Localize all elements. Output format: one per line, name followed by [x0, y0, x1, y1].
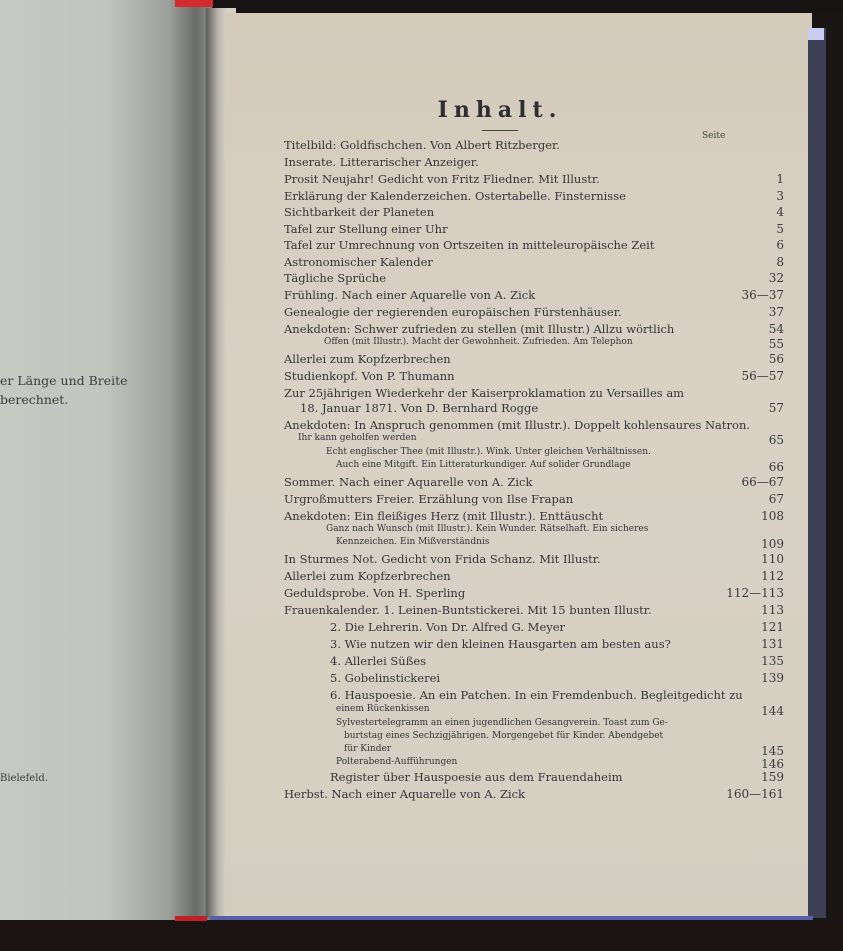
toc-entry-title: Prosit Neujahr! Gedicht von Fritz Fliedn…	[284, 172, 600, 186]
toc-entry-title: Ihr kann geholfen werden	[298, 433, 417, 443]
toc-entry-page: 1	[704, 172, 784, 186]
toc-entry: Tafel zur Stellung einer Uhr5	[284, 222, 724, 238]
toc-entry-title: Kennzeichen. Ein Mißverständnis	[336, 537, 489, 547]
toc-entry-page: 160—161	[704, 787, 784, 801]
page-bottom-edge	[210, 916, 813, 920]
toc-entry-title: Inserate. Litterarischer Anzeiger.	[284, 155, 479, 169]
toc-entry: 2. Die Lehrerin. Von Dr. Alfred G. Meyer…	[284, 620, 724, 636]
toc-entry-page: 8	[704, 255, 784, 269]
toc-entry-title: Frauenkalender. 1. Leinen-Buntstickerei.…	[284, 603, 652, 617]
toc-entry-title: Echt englischer Thee (mit Illustr.). Win…	[326, 447, 651, 457]
toc-entry-page: 67	[704, 492, 784, 506]
toc-entry-page: 37	[704, 305, 784, 319]
toc-entry: Register über Hauspoesie aus dem Frauend…	[284, 770, 724, 786]
toc-entry: Urgroßmutters Freier. Erzählung von Ilse…	[284, 492, 724, 508]
toc-entry-page: 56—57	[704, 369, 784, 383]
toc-entry-title: Zur 25jährigen Wiederkehr der Kaiserprok…	[284, 386, 684, 400]
page-underside	[808, 28, 826, 918]
toc-entry: Tafel zur Umrechnung von Ortszeiten in m…	[284, 238, 724, 254]
page-title: Inhalt.	[430, 97, 570, 123]
toc-entry-title: burtstag eines Sechzigjährigen. Morgenge…	[344, 731, 663, 741]
toc-entry-title: Sylvestertelegramm an einen jugendlichen…	[336, 718, 668, 728]
toc-entry-page: 144	[704, 704, 784, 718]
toc-entry: Tägliche Sprüche32	[284, 271, 724, 287]
toc-entry: Astronomischer Kalender8	[284, 255, 724, 271]
toc-entry: In Sturmes Not. Gedicht von Frida Schanz…	[284, 552, 724, 568]
toc-entry-title: Allerlei zum Kopfzerbrechen	[284, 352, 451, 366]
toc-entry-title: 3. Wie nutzen wir den kleinen Hausgarten…	[330, 637, 671, 651]
toc-entry-page: 54	[704, 322, 784, 336]
toc-entry-title: Geduldsprobe. Von H. Sperling	[284, 586, 465, 600]
toc-entry: Herbst. Nach einer Aquarelle von A. Zick…	[284, 787, 724, 803]
toc-entry-title: Register über Hauspoesie aus dem Frauend…	[330, 770, 623, 784]
toc-entry-title: Anekdoten: In Anspruch genommen (mit Ill…	[284, 418, 750, 432]
toc-entry: Prosit Neujahr! Gedicht von Fritz Fliedn…	[284, 172, 724, 188]
toc-entry-title: Tägliche Sprüche	[284, 271, 386, 285]
toc-entry-title: 6. Hauspoesie. An ein Patchen. In ein Fr…	[330, 688, 743, 702]
toc-entry: Geduldsprobe. Von H. Sperling112—113	[284, 586, 724, 602]
toc-entry-title: Titelbild: Goldfischchen. Von Albert Rit…	[284, 138, 560, 152]
red-page-edge-top	[175, 0, 213, 7]
toc-entry-page: 109	[704, 537, 784, 551]
toc-entry-page: 65	[704, 433, 784, 447]
toc-entry-title: Astronomischer Kalender	[284, 255, 433, 269]
toc-entry-title: In Sturmes Not. Gedicht von Frida Schanz…	[284, 552, 601, 566]
toc-entry: 3. Wie nutzen wir den kleinen Hausgarten…	[284, 637, 724, 653]
toc-entry-page: 110	[704, 552, 784, 566]
toc-entry-title: Tafel zur Umrechnung von Ortszeiten in m…	[284, 238, 654, 252]
toc-entry-title: Frühling. Nach einer Aquarelle von A. Zi…	[284, 288, 535, 302]
toc-entry-title: Allerlei zum Kopfzerbrechen	[284, 569, 451, 583]
toc-entry: Zur 25jährigen Wiederkehr der Kaiserprok…	[284, 386, 724, 402]
toc-entry: Allerlei zum Kopfzerbrechen112	[284, 569, 724, 585]
toc-entry-title: Anekdoten: Ein fleißiges Herz (mit Illus…	[284, 509, 603, 523]
toc-entry: 5. Gobelinstickerei139	[284, 671, 724, 687]
toc-entry: Frühling. Nach einer Aquarelle von A. Zi…	[284, 288, 724, 304]
toc-entry: 6. Hauspoesie. An ein Patchen. In ein Fr…	[284, 688, 724, 704]
toc-entry-title: 2. Die Lehrerin. Von Dr. Alfred G. Meyer	[330, 620, 565, 634]
toc-entry-title: Auch eine Mitgift. Ein Litteraturkundige…	[336, 460, 631, 470]
toc-entry: 18. Januar 1871. Von D. Bernhard Rogge57	[284, 401, 724, 417]
toc-entry-page: 121	[704, 620, 784, 634]
left-page-line: er Länge und Breite	[0, 373, 128, 388]
toc-entry-title: Urgroßmutters Freier. Erzählung von Ilse…	[284, 492, 573, 506]
toc-entry-title: einem Rückenkissen	[336, 704, 430, 714]
toc-entry: Offen (mit Illustr.). Macht der Gewohnhe…	[284, 337, 724, 353]
toc-entry-title: 4. Allerlei Süßes	[330, 654, 426, 668]
toc-entry-page: 113	[704, 603, 784, 617]
toc-entry-page: 159	[704, 770, 784, 784]
toc-entry-page: 6	[704, 238, 784, 252]
left-page-line: berechnet.	[0, 392, 68, 407]
toc-entry-page: 139	[704, 671, 784, 685]
page-corner-highlight	[808, 28, 824, 40]
toc-entry-page: 3	[704, 189, 784, 203]
toc-entry: Inserate. Litterarischer Anzeiger.	[284, 155, 724, 171]
toc-entry-page: 145	[704, 744, 784, 758]
toc-entry: Erklärung der Kalenderzeichen. Ostertabe…	[284, 189, 724, 205]
toc-entry: 4. Allerlei Süßes135	[284, 654, 724, 670]
toc-entry: Genealogie der regierenden europäischen …	[284, 305, 724, 321]
toc-entry-title: Sichtbarkeit der Planeten	[284, 205, 434, 219]
toc-entry-page: 66	[704, 460, 784, 474]
toc-entry: Frauenkalender. 1. Leinen-Buntstickerei.…	[284, 603, 724, 619]
toc-entry-title: Erklärung der Kalenderzeichen. Ostertabe…	[284, 189, 626, 203]
toc-entry-page: 57	[704, 401, 784, 415]
toc-entry-page: 66—67	[704, 475, 784, 489]
toc-entry: Anekdoten: In Anspruch genommen (mit Ill…	[284, 418, 724, 434]
toc-entry: Sichtbarkeit der Planeten4	[284, 205, 724, 221]
left-page-line: Bielefeld.	[0, 773, 48, 784]
toc-entry-page: 36—37	[704, 288, 784, 302]
toc-entry-page: 5	[704, 222, 784, 236]
toc-entry-title: Sommer. Nach einer Aquarelle von A. Zick	[284, 475, 532, 489]
toc-entry-title: Anekdoten: Schwer zufrieden zu stellen (…	[284, 322, 674, 336]
toc-entry: Kennzeichen. Ein Mißverständnis109	[284, 537, 724, 553]
background-bottom	[0, 921, 843, 951]
toc-entry-title: Ganz nach Wunsch (mit Illustr.). Kein Wu…	[326, 524, 648, 534]
toc-entry-title: Studienkopf. Von P. Thumann	[284, 369, 455, 383]
toc-entry-page: 108	[704, 509, 784, 523]
toc-entry: Anekdoten: Schwer zufrieden zu stellen (…	[284, 322, 724, 338]
toc-entry-page: 56	[704, 352, 784, 366]
toc-entry: Anekdoten: Ein fleißiges Herz (mit Illus…	[284, 509, 724, 525]
toc-entry-title: Offen (mit Illustr.). Macht der Gewohnhe…	[324, 337, 633, 347]
toc-entry-page: 112—113	[704, 586, 784, 600]
toc-entry: Sommer. Nach einer Aquarelle von A. Zick…	[284, 475, 724, 491]
toc-entry-title: Genealogie der regierenden europäischen …	[284, 305, 622, 319]
toc-entry-page: 146	[704, 757, 784, 771]
toc-entry-page: 131	[704, 637, 784, 651]
toc-entry-title: Polterabend-Aufführungen	[336, 757, 457, 767]
toc-entry: Allerlei zum Kopfzerbrechen56	[284, 352, 724, 368]
toc-entry-title: 5. Gobelinstickerei	[330, 671, 440, 685]
toc-entry: Auch eine Mitgift. Ein Litteraturkundige…	[284, 460, 724, 476]
toc-entry-page: 4	[704, 205, 784, 219]
toc-entry-title: 18. Januar 1871. Von D. Bernhard Rogge	[300, 401, 538, 415]
toc-entry: Titelbild: Goldfischchen. Von Albert Rit…	[284, 138, 724, 154]
title-rule	[482, 130, 518, 131]
toc-entry-page: 112	[704, 569, 784, 583]
toc-entry-title: für Kinder	[344, 744, 391, 754]
toc-entry-page: 55	[704, 337, 784, 351]
toc-entry-title: Herbst. Nach einer Aquarelle von A. Zick	[284, 787, 525, 801]
toc-entry-page: 135	[704, 654, 784, 668]
toc-entry: Studienkopf. Von P. Thumann56—57	[284, 369, 724, 385]
toc-entry-page: 32	[704, 271, 784, 285]
toc-entry-title: Tafel zur Stellung einer Uhr	[284, 222, 448, 236]
